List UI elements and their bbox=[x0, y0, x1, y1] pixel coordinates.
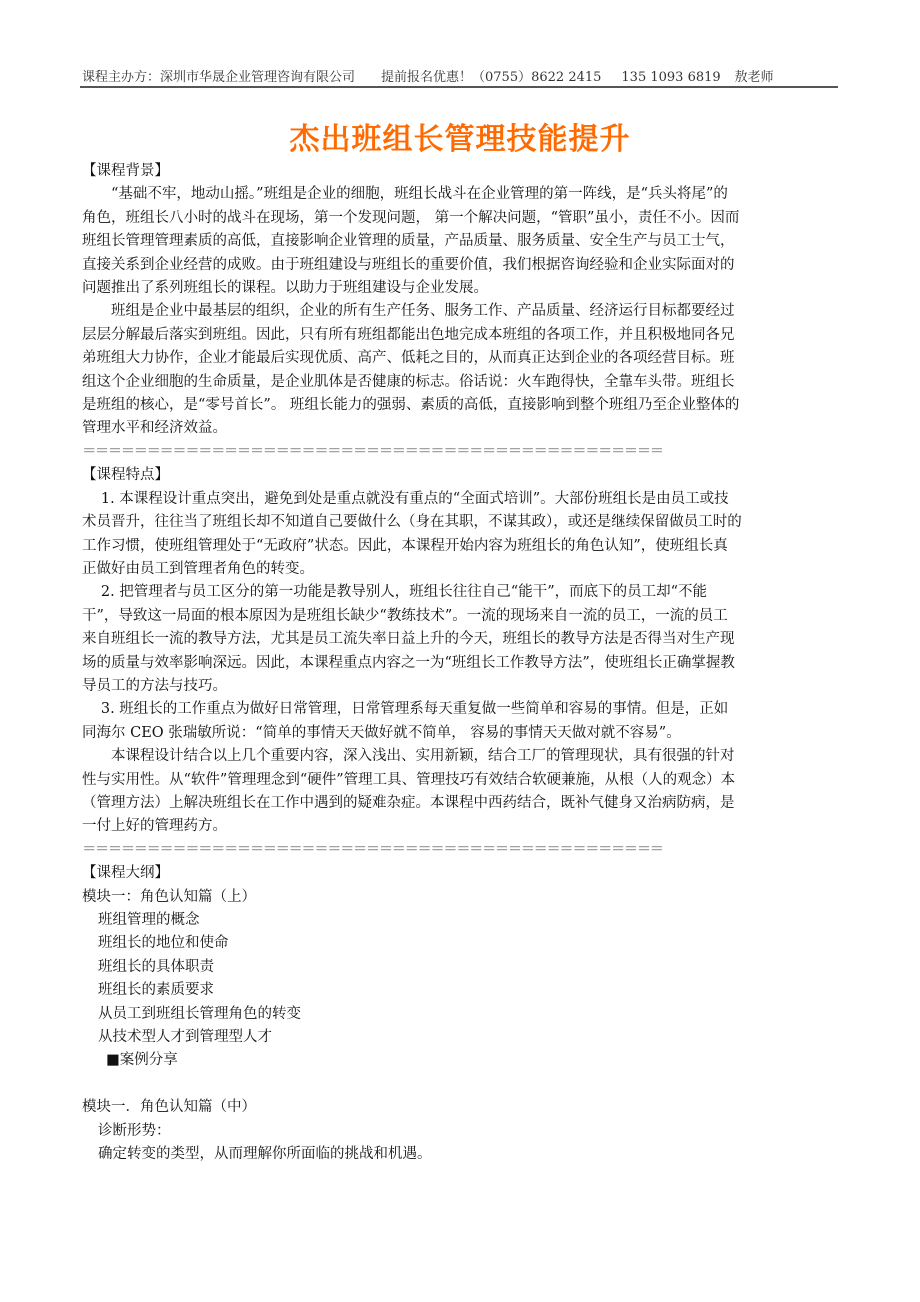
feature-item: 2. 把管理者与员工区分的第一功能是教导别人，班组长往往自己“能干”，而底下的员… bbox=[82, 581, 742, 698]
header-divider bbox=[80, 86, 838, 88]
feature-item: 1. 本课程设计重点突出，避免到处是重点就没有重点的“全面式培训”。大部份班组长… bbox=[82, 488, 742, 582]
section-heading-background: 【课程背景】 bbox=[82, 160, 742, 183]
section-separator: ＝＝＝＝＝＝＝＝＝＝＝＝＝＝＝＝＝＝＝＝＝＝＝＝＝＝＝＝＝＝＝＝＝＝＝＝＝＝＝＝… bbox=[82, 839, 742, 862]
outline-item: 班组管理的概念 bbox=[82, 909, 742, 932]
document-title: 杰出班组长管理技能提升 bbox=[0, 114, 920, 158]
outline-item: 诊断形势： bbox=[82, 1120, 742, 1143]
outline-item: 班组长的素质要求 bbox=[82, 979, 742, 1002]
mobile-number: 135 1093 6819 bbox=[621, 70, 720, 85]
document-page: 课程主办方：深圳市华晟企业管理咨询有限公司提前报名优惠！（0755）8622 2… bbox=[0, 0, 920, 1302]
section-separator: ＝＝＝＝＝＝＝＝＝＝＝＝＝＝＝＝＝＝＝＝＝＝＝＝＝＝＝＝＝＝＝＝＝＝＝＝＝＝＝＝… bbox=[82, 441, 742, 464]
outline-item: 班组长的具体职责 bbox=[82, 956, 742, 979]
outline-item: 从员工到班组长管理角色的转变 bbox=[82, 1003, 742, 1026]
feature-item: 3. 班组长的工作重点为做好日常管理，日常管理系每天重复做一些简单和容易的事情。… bbox=[82, 698, 742, 745]
promo-text: 提前报名优惠！（0755）8622 2415 bbox=[381, 66, 601, 85]
contact-name: 敖老师 bbox=[735, 66, 774, 85]
outline-item: 确定转变的类型，从而理解你所面临的挑战和机遇。 bbox=[82, 1143, 742, 1166]
feature-summary: 本课程设计结合以上几个重要内容，深入浅出、实用新颖，结合工厂的管理现状，具有很强… bbox=[82, 745, 742, 839]
outline-item: 从技术型人才到管理型人才 bbox=[82, 1026, 742, 1049]
background-paragraph: 班组是企业中最基层的组织，企业的所有生产任务、服务工作、产品质量、经济运行目标都… bbox=[82, 300, 742, 440]
spacer bbox=[82, 1073, 742, 1096]
page-header: 课程主办方：深圳市华晟企业管理咨询有限公司提前报名优惠！（0755）8622 2… bbox=[82, 66, 838, 86]
section-heading-outline: 【课程大纲】 bbox=[82, 862, 742, 885]
outline-item: 班组长的地位和使命 bbox=[82, 932, 742, 955]
organizer-text: 课程主办方：深圳市华晟企业管理咨询有限公司 bbox=[82, 66, 355, 85]
module-title: 模块一：角色认知篇（上） bbox=[82, 886, 742, 909]
background-paragraph: “基础不牢，地动山摇。”班组是企业的细胞，班组长战斗在企业管理的第一阵线，是“兵… bbox=[82, 183, 742, 300]
section-heading-features: 【课程特点】 bbox=[82, 464, 742, 487]
module-title: 模块一．角色认知篇（中） bbox=[82, 1096, 742, 1119]
document-body: 【课程背景】 “基础不牢，地动山摇。”班组是企业的细胞，班组长战斗在企业管理的第… bbox=[82, 160, 742, 1166]
case-study-bullet: ■案例分享 bbox=[82, 1049, 742, 1072]
